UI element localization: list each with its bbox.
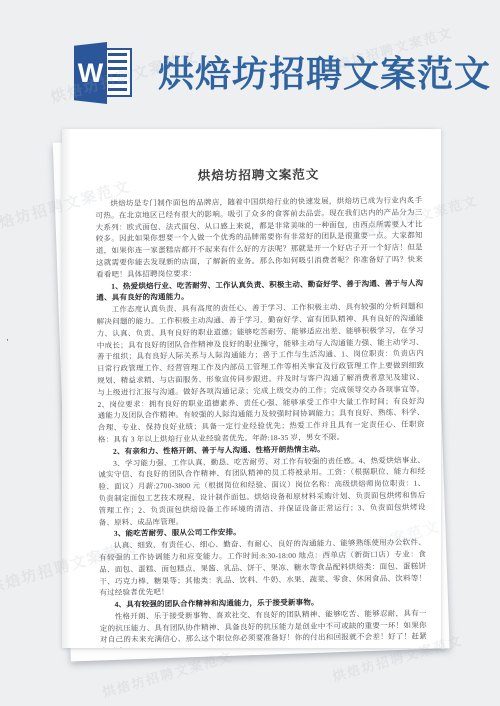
word-letter: W [78,60,103,87]
doc-paragraph: 性格开朗、乐于接受新事物、喜欢社交、有良好的团队精神、能够吃苦、能够忍耐，具有一… [100,607,427,648]
word-w-badge-icon: W [74,42,107,104]
doc-paragraph: 3、学习能力强、工作认真、勤恳、吃苦耐劳、对工作有较强的责任感。4、热爱烘焙事业… [98,454,426,528]
doc-body: 烘焙坊是专门制作面包的品牌店，随着中国烘焙行业的快速发展，烘焙坊已成为行业内炙手… [95,195,427,648]
document-preview-canvas: W 烘焙坊招聘文案范文 烘焙坊招聘文案范文 烘焙坊是专门制作面包的品牌店，随着中… [0,0,500,706]
doc-paragraph: 工作态度认真负责、具有高度的责任心、善于学习、工作积极主动、具有较强的分析问题和… [96,301,424,446]
document-page: 烘焙坊招聘文案范文 烘焙坊是专门制作面包的品牌店，随着中国烘焙行业的快速发展，烘… [62,129,441,648]
document-title: 烘焙坊招聘文案范文 [95,164,422,185]
word-document-page-icon [103,48,132,97]
doc-paragraph: 认真、细致、有责任心、细心、勤奋、有耐心、良好的沟通能力、能够熟练使用办公软件、… [99,537,427,599]
word-document-lines-icon [108,53,127,92]
doc-paragraph: 烘焙坊是专门制作面包的品牌店，随着中国烘焙行业的快速发展，烘焙坊已成为行业内炙手… [95,195,423,281]
header: W 烘焙坊招聘文案范文 [0,0,500,120]
doc-heading: 1、热爱烘焙行业、吃苦耐劳、工作认真负责、积极主动、勤奋好学、善于沟通、善于与人… [96,277,423,304]
ms-word-icon: W [74,42,136,104]
document-content: 烘焙坊招聘文案范文 烘焙坊是专门制作面包的品牌店，随着中国烘焙行业的快速发展，烘… [95,164,427,648]
page-title: 烘焙坊招聘文案范文 [158,46,488,97]
stray-mark: · [6,336,9,345]
